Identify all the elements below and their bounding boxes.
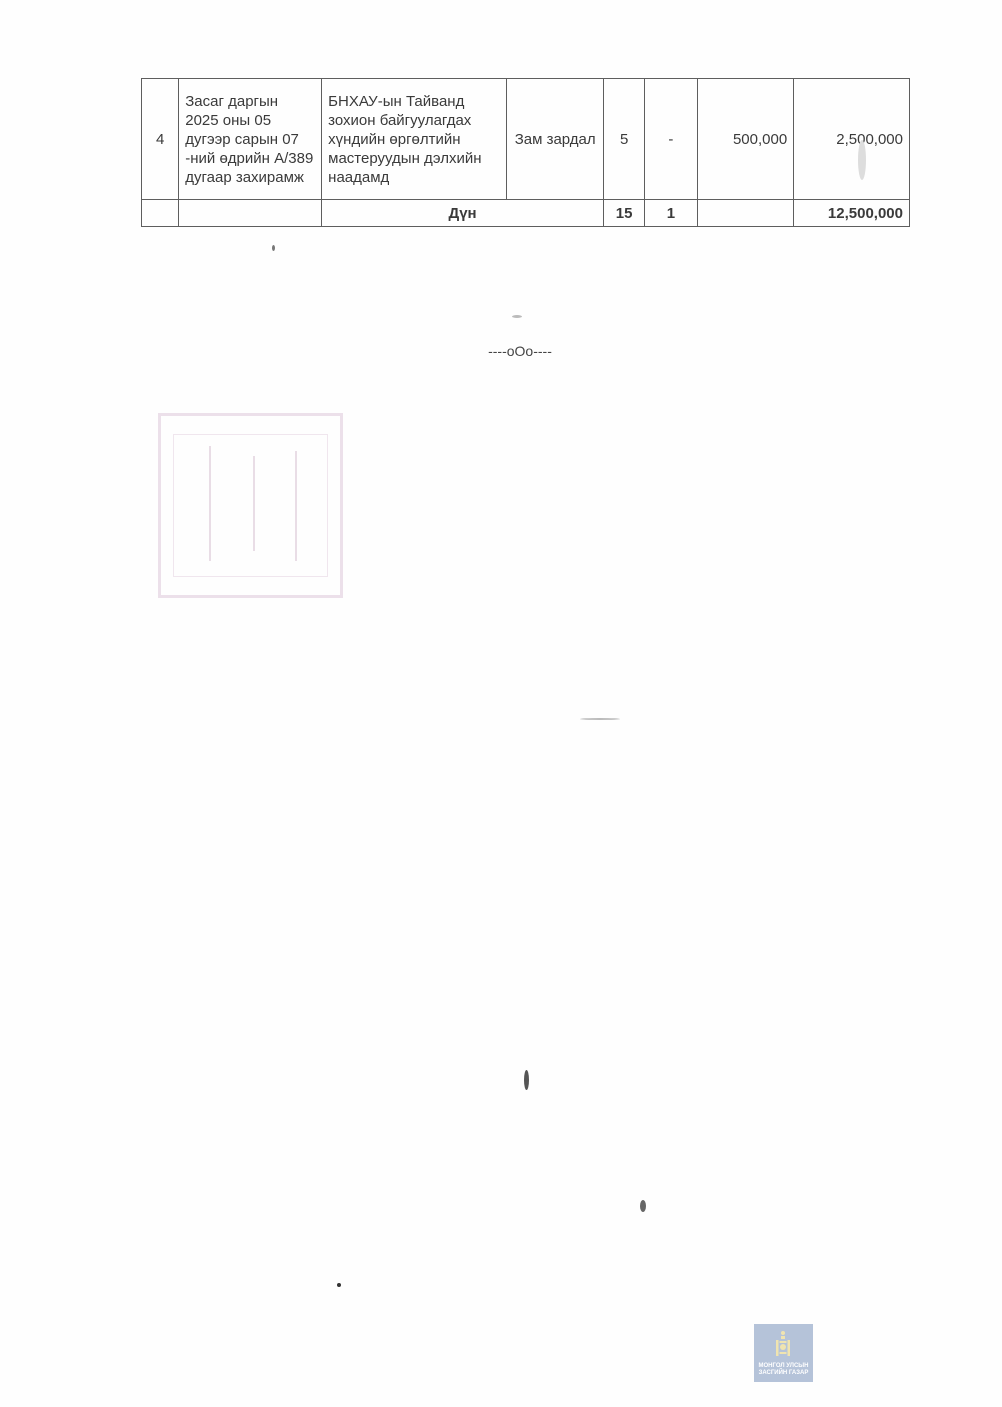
scan-smudge: [858, 140, 866, 180]
document-page: 4 Засаг даргын 2025 оны 05 дугээр сарын …: [0, 0, 1002, 1407]
stamp-inner-border: [173, 434, 328, 577]
total-empty-3: [697, 200, 794, 227]
soyombo-icon: [776, 1330, 790, 1358]
row-basis: Засаг даргын 2025 оны 05 дугээр сарын 07…: [179, 79, 322, 200]
expense-table: 4 Засаг даргын 2025 оны 05 дугээр сарын …: [141, 78, 910, 227]
scan-speck: [580, 718, 620, 720]
row-purpose: БНХАУ-ын Тайванд зохион байгуулагдах хүн…: [322, 79, 507, 200]
total-empty-2: [179, 200, 322, 227]
scan-speck: [512, 315, 522, 318]
total-count-b: 1: [645, 200, 697, 227]
scan-speck: [640, 1200, 646, 1212]
end-ornament: ----oOo----: [470, 343, 570, 359]
scan-speck: [272, 245, 275, 251]
stamp-mark: [253, 456, 255, 551]
logo-line-2: ЗАСГИЙН ГАЗАР: [754, 1370, 813, 1377]
government-logo: МОНГОЛ УЛСЫН ЗАСГИЙН ГАЗАР: [754, 1324, 813, 1382]
row-unit-amount: 500,000: [697, 79, 794, 200]
total-empty-1: [142, 200, 179, 227]
logo-line-1: МОНГОЛ УЛСЫН: [754, 1363, 813, 1370]
row-number: 4: [142, 79, 179, 200]
stamp-mark: [295, 451, 297, 561]
total-count-a: 15: [603, 200, 644, 227]
total-amount: 12,500,000: [794, 200, 910, 227]
total-row: Дүн 15 1 12,500,000: [142, 200, 910, 227]
row-total: 2,500,000: [794, 79, 910, 200]
scan-speck: [524, 1070, 529, 1090]
row-expense-type: Зам зардал: [507, 79, 604, 200]
stamp-mark: [209, 446, 211, 561]
faded-stamp: [158, 413, 343, 598]
total-label: Дүн: [322, 200, 604, 227]
scan-speck: [337, 1283, 341, 1287]
row-count-a: 5: [603, 79, 644, 200]
row-count-b: -: [645, 79, 697, 200]
table-row: 4 Засаг даргын 2025 оны 05 дугээр сарын …: [142, 79, 910, 200]
